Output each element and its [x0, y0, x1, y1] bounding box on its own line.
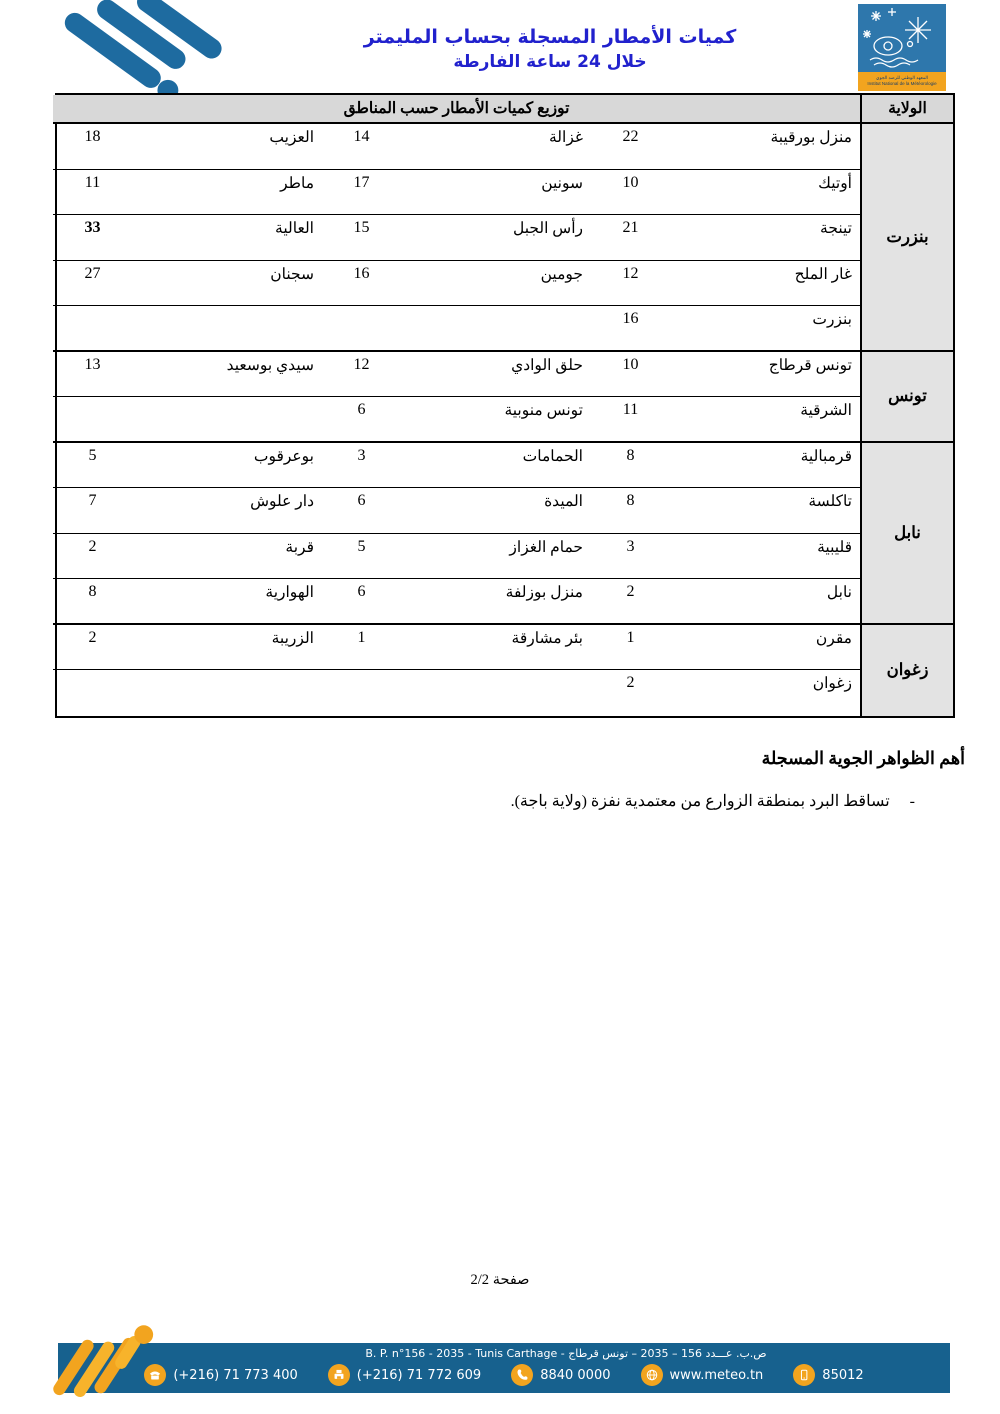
- regions-header-cell: توزيع كميات الأمطار حسب المناطق: [53, 95, 860, 124]
- title-line-2: خلال 24 ساعة الفارطة: [150, 50, 950, 74]
- page-number: صفحة 2/2: [0, 1272, 1000, 1289]
- station-name-cell: ماطر: [132, 170, 322, 216]
- station-value-cell: 2: [53, 625, 132, 671]
- station-name-cell: تاكلسة: [670, 488, 860, 534]
- station-value-cell: 18: [53, 124, 132, 170]
- station-value-cell: 10: [591, 170, 670, 216]
- fax-icon: [328, 1364, 350, 1386]
- station-name-cell: منزل بورقيبة: [670, 124, 860, 170]
- station-value-cell: 8: [591, 488, 670, 534]
- governorate-cell: زغوان: [860, 625, 953, 716]
- station-value-cell: 7: [53, 488, 132, 534]
- station-name-cell: العزيب: [132, 124, 322, 170]
- station-value-cell: 12: [322, 352, 401, 398]
- governorate-cell: تونس: [860, 352, 953, 443]
- station-value-cell: 33: [53, 215, 132, 261]
- station-value-cell: 5: [53, 443, 132, 489]
- station-name-cell: سيدي بوسعيد: [132, 352, 322, 398]
- station-name-cell: زغوان: [670, 670, 860, 716]
- bullet-dash: -: [910, 793, 915, 811]
- contact-text[interactable]: www.meteo.tn: [670, 1368, 764, 1383]
- mobile-icon: [793, 1364, 815, 1386]
- station-name-cell: [132, 397, 322, 443]
- station-value-cell: [53, 397, 132, 443]
- station-value-cell: 8: [591, 443, 670, 489]
- station-name-cell: تينجة: [670, 215, 860, 261]
- station-name-cell: نابل: [670, 579, 860, 625]
- station-value-cell: [322, 670, 401, 716]
- contact-item: 8840 0000: [511, 1364, 610, 1386]
- station-name-cell: الميدة: [401, 488, 591, 534]
- station-value-cell: 22: [591, 124, 670, 170]
- station-name-cell: سونين: [401, 170, 591, 216]
- phenomena-text: تساقط البرد بمنطقة الزوارع من معتمدية نف…: [511, 793, 890, 810]
- station-value-cell: 1: [322, 625, 401, 671]
- station-name-cell: مقرن: [670, 625, 860, 671]
- phenomena-item: -تساقط البرد بمنطقة الزوارع من معتمدية ن…: [511, 791, 965, 811]
- station-value-cell: 14: [322, 124, 401, 170]
- station-name-cell: غار الملح: [670, 261, 860, 307]
- station-value-cell: 11: [591, 397, 670, 443]
- station-value-cell: 2: [53, 534, 132, 580]
- station-value-cell: 3: [591, 534, 670, 580]
- station-name-cell: الحمامات: [401, 443, 591, 489]
- report-page: كميات الأمطار المسجلة بحساب المليمتر خلا…: [0, 0, 1000, 1414]
- contact-item: (+216) 71 772 609: [328, 1364, 481, 1386]
- station-value-cell: 17: [322, 170, 401, 216]
- contact-text: 85012: [822, 1368, 863, 1383]
- footer-address: B. P. n°156 - 2035 - Tunis Carthage - ص.…: [120, 1343, 1000, 1360]
- station-name-cell: الشرقية: [670, 397, 860, 443]
- station-name-cell: حلق الوادي: [401, 352, 591, 398]
- station-value-cell: 21: [591, 215, 670, 261]
- station-value-cell: 6: [322, 579, 401, 625]
- contact-item: www.meteo.tn: [641, 1364, 764, 1386]
- station-name-cell: دار علوش: [132, 488, 322, 534]
- report-title: كميات الأمطار المسجلة بحساب المليمتر خلا…: [150, 24, 950, 74]
- station-name-cell: سجنان: [132, 261, 322, 307]
- station-value-cell: 1: [591, 625, 670, 671]
- station-name-cell: قربة: [132, 534, 322, 580]
- station-name-cell: [132, 306, 322, 352]
- station-name-cell: [401, 306, 591, 352]
- station-value-cell: [53, 670, 132, 716]
- station-name-cell: تونس منوبية: [401, 397, 591, 443]
- governorate-cell: نابل: [860, 443, 953, 625]
- station-name-cell: قرمبالية: [670, 443, 860, 489]
- station-name-cell: بئر مشارقة: [401, 625, 591, 671]
- phenomena-section: أهم الظواهر الجوية المسجلة -تساقط البرد …: [511, 748, 965, 811]
- handset-icon: [511, 1364, 533, 1386]
- station-value-cell: 6: [322, 397, 401, 443]
- footer-decoration: [50, 1320, 200, 1403]
- station-value-cell: 6: [322, 488, 401, 534]
- station-name-cell: بوعرقوب: [132, 443, 322, 489]
- station-name-cell: تونس قرطاج: [670, 352, 860, 398]
- station-name-cell: حمام الغزاز: [401, 534, 591, 580]
- title-line-1: كميات الأمطار المسجلة بحساب المليمتر: [150, 24, 950, 50]
- governorate-cell: بنزرت: [860, 124, 953, 352]
- globe-icon: [641, 1364, 663, 1386]
- meteorology-institute-logo: المعهد الوطني للرصد الجوي Institut Natio…: [858, 4, 946, 91]
- rainfall-table: الولايةتوزيع كميات الأمطار حسب المناطقبن…: [55, 93, 955, 718]
- station-name-cell: العالية: [132, 215, 322, 261]
- phenomena-heading: أهم الظواهر الجوية المسجلة: [511, 748, 965, 769]
- station-name-cell: [132, 670, 322, 716]
- station-name-cell: الزريبة: [132, 625, 322, 671]
- station-value-cell: 2: [591, 670, 670, 716]
- station-name-cell: غزالة: [401, 124, 591, 170]
- station-value-cell: [53, 306, 132, 352]
- logo-caption: المعهد الوطني للرصد الجوي Institut Natio…: [858, 72, 946, 91]
- weather-emblem-icon: [858, 4, 946, 72]
- station-value-cell: [322, 306, 401, 352]
- station-name-cell: أوتيك: [670, 170, 860, 216]
- station-name-cell: رأس الجبل: [401, 215, 591, 261]
- station-value-cell: 5: [322, 534, 401, 580]
- contact-text: 8840 0000: [540, 1368, 610, 1383]
- station-value-cell: 27: [53, 261, 132, 307]
- station-value-cell: 8: [53, 579, 132, 625]
- governorate-header-cell: الولاية: [860, 95, 953, 124]
- station-name-cell: [401, 670, 591, 716]
- station-value-cell: 15: [322, 215, 401, 261]
- station-value-cell: 2: [591, 579, 670, 625]
- station-name-cell: منزل بوزلفة: [401, 579, 591, 625]
- station-value-cell: 10: [591, 352, 670, 398]
- station-name-cell: الهوارية: [132, 579, 322, 625]
- station-value-cell: 16: [591, 306, 670, 352]
- contact-item: 85012: [793, 1364, 863, 1386]
- station-value-cell: 11: [53, 170, 132, 216]
- station-name-cell: بنزرت: [670, 306, 860, 352]
- station-name-cell: قليبية: [670, 534, 860, 580]
- station-value-cell: 3: [322, 443, 401, 489]
- station-value-cell: 16: [322, 261, 401, 307]
- contact-text: (+216) 71 772 609: [357, 1368, 481, 1383]
- station-value-cell: 13: [53, 352, 132, 398]
- logo-caption-french: Institut National de la Météorologie: [858, 81, 946, 87]
- orange-strokes-icon: [50, 1320, 200, 1398]
- station-value-cell: 12: [591, 261, 670, 307]
- station-name-cell: جومين: [401, 261, 591, 307]
